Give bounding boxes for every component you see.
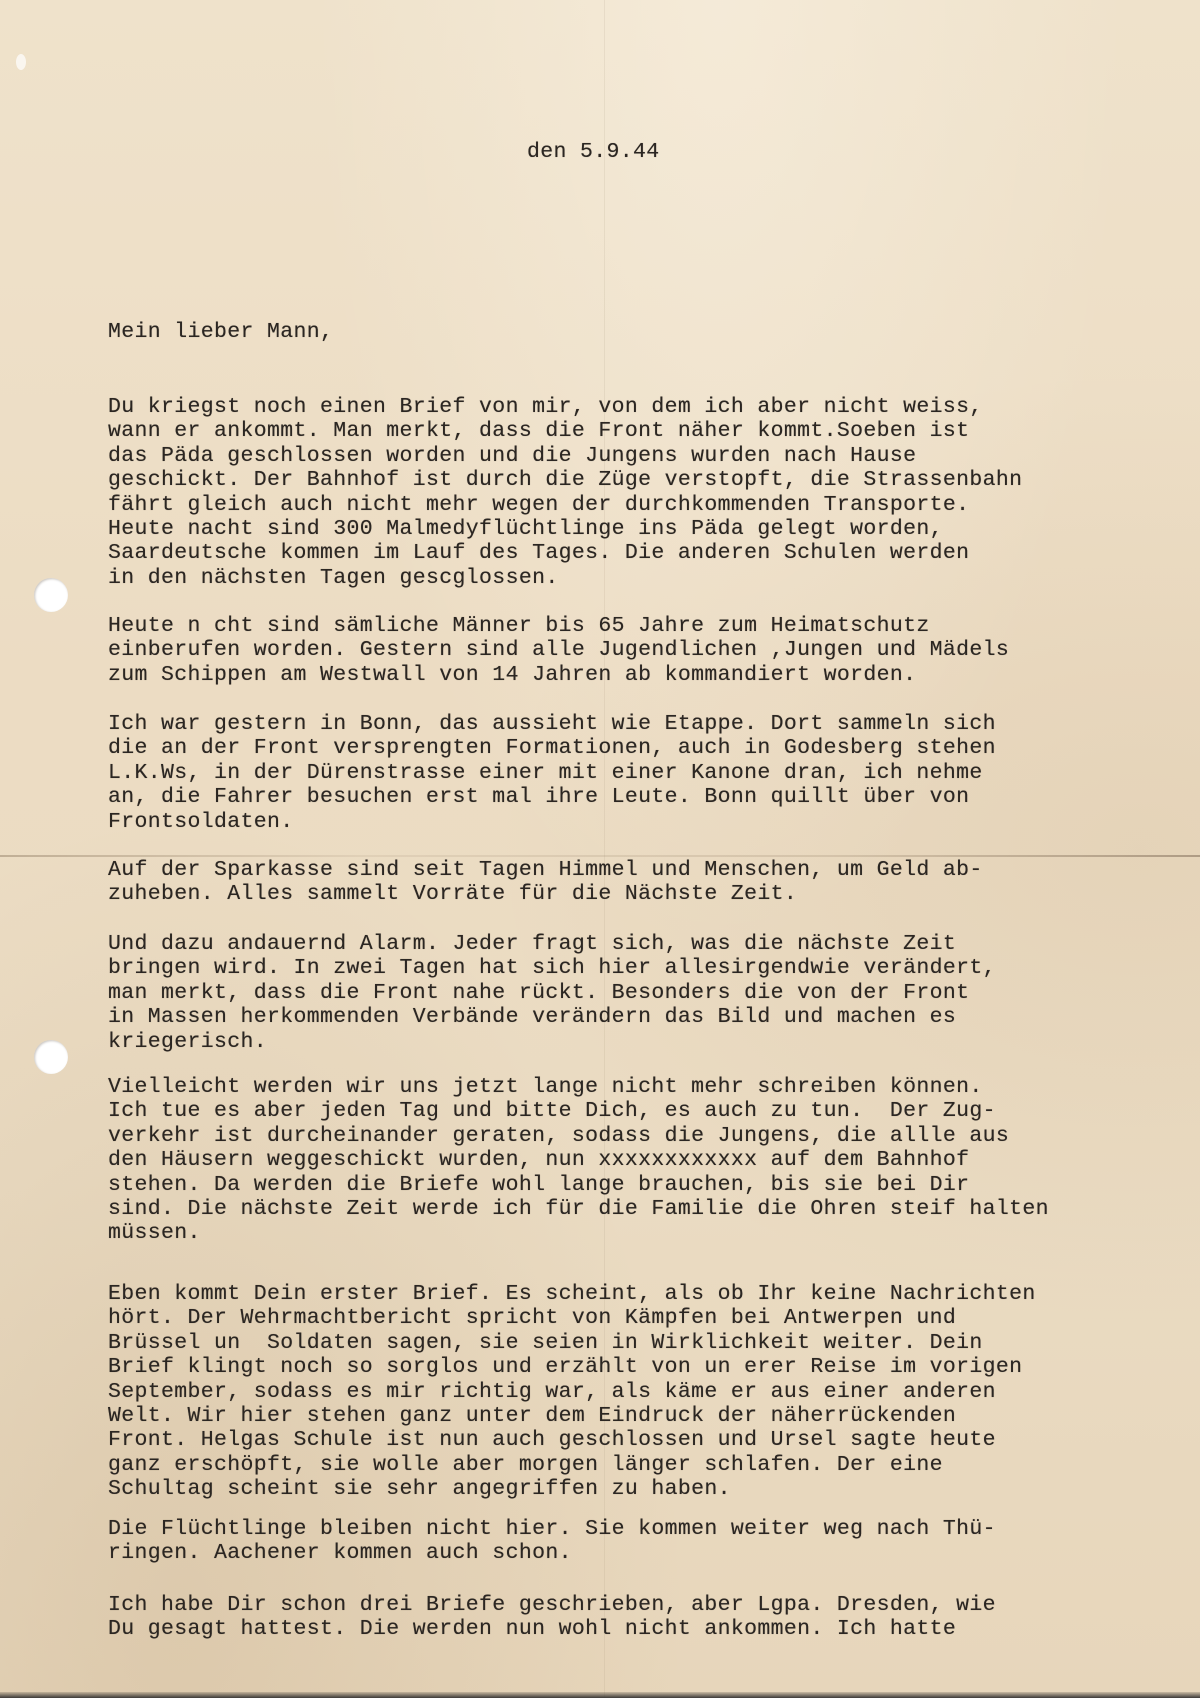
text-line: die an der Front versprengten Formatione…: [108, 736, 996, 760]
text-line: bringen wird. In zwei Tagen hat sich hie…: [108, 956, 996, 980]
text-line: das Päda geschlossen worden und die Jung…: [108, 444, 1022, 468]
text-line: Saardeutsche kommen im Lauf des Tages. D…: [108, 541, 1022, 565]
text-line: Eben kommt Dein erster Brief. Es scheint…: [108, 1282, 1036, 1306]
text-line: ganz erschöpft, sie wolle aber morgen lä…: [108, 1453, 1036, 1477]
text-line: einberufen worden. Gestern sind alle Jug…: [108, 638, 1009, 662]
text-line: Front. Helgas Schule ist nun auch geschl…: [108, 1428, 1036, 1452]
text-line: Frontsoldaten.: [108, 810, 996, 834]
text-line: Schultag scheint sie sehr angegriffen zu…: [108, 1477, 1036, 1501]
text-line: Heute nacht sind 300 Malmedyflüchtlinge …: [108, 517, 1022, 541]
text-line: Vielleicht werden wir uns jetzt lange ni…: [108, 1075, 1049, 1099]
text-line: hört. Der Wehrmachtbericht spricht von K…: [108, 1306, 1036, 1330]
text-line: stehen. Da werden die Briefe wohl lange …: [108, 1173, 1049, 1197]
paragraph-alarm: Und dazu andauernd Alarm. Jeder fragt si…: [108, 932, 996, 1054]
text-line: verkehr ist durcheinander geraten, sodas…: [108, 1124, 1049, 1148]
text-line: Die Flüchtlinge bleiben nicht hier. Sie …: [108, 1517, 996, 1541]
paragraph-writing: Vielleicht werden wir uns jetzt lange ni…: [108, 1075, 1049, 1246]
text-line: den Häusern weggeschickt wurden, nun xxx…: [108, 1148, 1049, 1172]
text-line: in den nächsten Tagen gescglossen.: [108, 566, 1022, 590]
punch-hole-upper: [34, 578, 68, 612]
paragraph-heimatschutz: Heute n cht sind sämliche Männer bis 65 …: [108, 614, 1009, 687]
letter-salutation: Mein lieber Mann,: [108, 320, 333, 344]
text-line: Ich tue es aber jeden Tag und bitte Dich…: [108, 1099, 1049, 1123]
text-line: September, sodass es mir richtig war, al…: [108, 1380, 1036, 1404]
horizontal-fold-line: [0, 855, 1200, 857]
text-line: müssen.: [108, 1221, 1049, 1245]
text-line: kriegerisch.: [108, 1030, 996, 1054]
text-line: sind. Die nächste Zeit werde ich für die…: [108, 1197, 1049, 1221]
text-line: Heute n cht sind sämliche Männer bis 65 …: [108, 614, 1009, 638]
paper-blemish: [16, 54, 26, 70]
text-line: in Massen herkommenden Verbände veränder…: [108, 1005, 996, 1029]
text-line: zuheben. Alles sammelt Vorräte für die N…: [108, 882, 983, 906]
text-line: Auf der Sparkasse sind seit Tagen Himmel…: [108, 858, 983, 882]
text-line: Du kriegst noch einen Brief von mir, von…: [108, 395, 1022, 419]
text-line: an, die Fahrer besuchen erst mal ihre Le…: [108, 785, 996, 809]
text-line: Brüssel un Soldaten sagen, sie seien in …: [108, 1331, 1036, 1355]
text-line: ringen. Aachener kommen auch schon.: [108, 1541, 996, 1565]
text-line: Ich war gestern in Bonn, das aussieht wi…: [108, 712, 996, 736]
text-line: Brief klingt noch so sorglos und erzählt…: [108, 1355, 1036, 1379]
punch-hole-lower: [34, 1040, 68, 1074]
paragraph-bonn: Ich war gestern in Bonn, das aussieht wi…: [108, 712, 996, 834]
text-line: zum Schippen am Westwall von 14 Jahren a…: [108, 663, 1009, 687]
page-bottom-edge: [0, 1692, 1200, 1698]
letter-date: den 5.9.44: [527, 140, 660, 164]
letter-page: den 5.9.44 Mein lieber Mann, Du kriegst …: [0, 0, 1200, 1698]
paragraph-first-letter: Eben kommt Dein erster Brief. Es scheint…: [108, 1282, 1036, 1502]
text-line: wann er ankommt. Man merkt, dass die Fro…: [108, 419, 1022, 443]
text-line: fährt gleich auch nicht mehr wegen der d…: [108, 493, 1022, 517]
text-line: man merkt, dass die Front nahe rückt. Be…: [108, 981, 996, 1005]
text-line: Welt. Wir hier stehen ganz unter dem Ein…: [108, 1404, 1036, 1428]
paragraph-refugees: Die Flüchtlinge bleiben nicht hier. Sie …: [108, 1517, 996, 1566]
text-line: Du gesagt hattest. Die werden nun wohl n…: [108, 1617, 996, 1641]
text-line: geschickt. Der Bahnhof ist durch die Züg…: [108, 468, 1022, 492]
text-line: Ich habe Dir schon drei Briefe geschrieb…: [108, 1593, 996, 1617]
text-line: L.K.Ws, in der Dürenstrasse einer mit ei…: [108, 761, 996, 785]
paragraph-three-letters: Ich habe Dir schon drei Briefe geschrieb…: [108, 1593, 996, 1642]
text-line: Und dazu andauernd Alarm. Jeder fragt si…: [108, 932, 996, 956]
paragraph-front-approaching: Du kriegst noch einen Brief von mir, von…: [108, 395, 1022, 590]
paragraph-sparkasse: Auf der Sparkasse sind seit Tagen Himmel…: [108, 858, 983, 907]
